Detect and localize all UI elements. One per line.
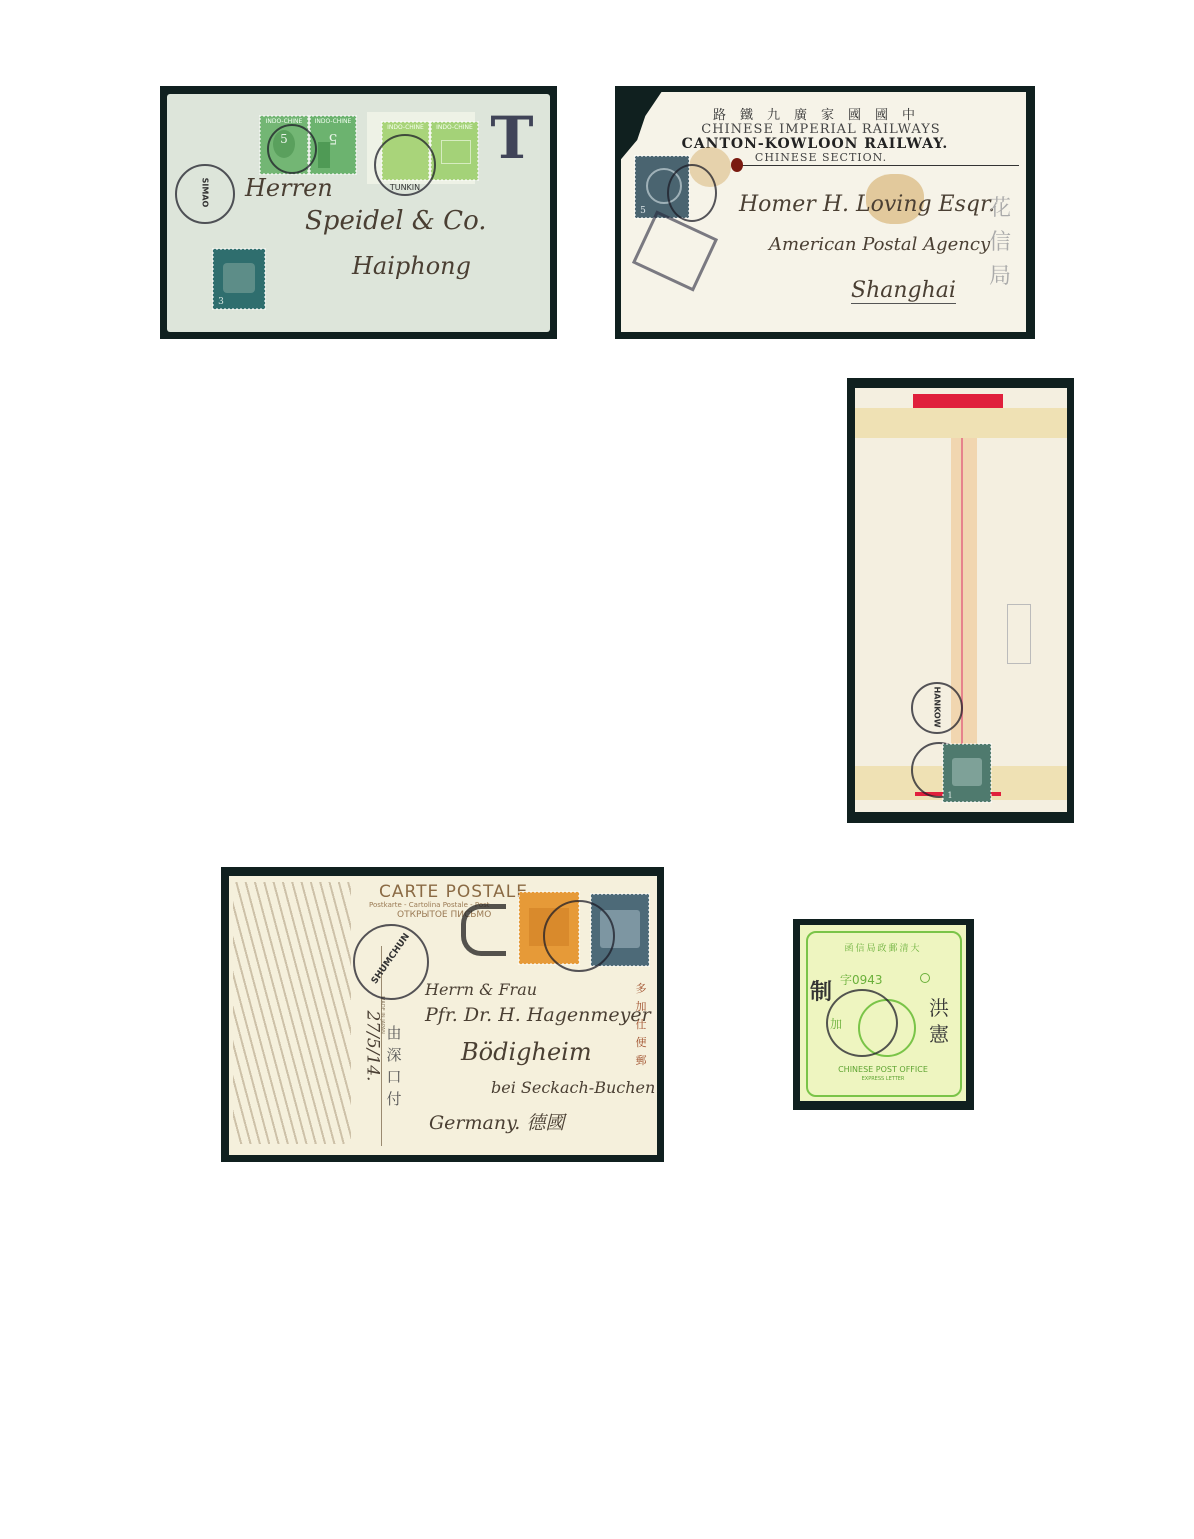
postmark-hankow: HANKOW — [911, 682, 963, 734]
postmark-stamp — [543, 900, 615, 972]
postmark — [826, 989, 898, 1057]
letterhead-rule — [741, 165, 1019, 166]
junk-vignette — [952, 758, 982, 786]
stamp-text-block — [441, 140, 471, 164]
handwritten-message — [233, 882, 351, 1144]
address-line-3: Bödigheim — [461, 1038, 592, 1066]
bottom-subtext: EXPRESS LETTER — [800, 1076, 966, 1082]
postmark-tunkin: TUNKIN — [374, 134, 436, 196]
letterhead-line1: CHINESE IMPERIAL RAILWAYS — [621, 122, 1021, 137]
top-chinese-text: 大清郵政局信函 — [800, 941, 966, 954]
stamp-figure — [318, 142, 330, 168]
junk-vignette — [223, 263, 255, 293]
address-line-1: Homer H. Loving Esqr. — [739, 192, 995, 217]
address-line-1: Herren — [245, 174, 333, 202]
overprint-left: 制 — [810, 975, 832, 1006]
tax-marking-t: T — [487, 104, 537, 172]
red-seal-label-top — [913, 394, 1003, 408]
address-line-1: Herrn & Frau — [425, 980, 537, 999]
red-line — [961, 438, 963, 778]
stamp-junk: 1 — [943, 744, 991, 802]
address-line-2: American Postal Agency — [769, 234, 990, 255]
letterhead-chinese: 中國國家廣九鐵路 — [621, 104, 1021, 123]
card-title: CARTE POSTALE — [379, 882, 528, 902]
cover-3-image: HANKOW 1 — [847, 378, 1074, 823]
stamp-junk: 3 — [213, 249, 265, 309]
date-text: 27/5/14. — [362, 1011, 382, 1082]
cover-2-image: 中國國家廣九鐵路 CHINESE IMPERIAL RAILWAYS CANTO… — [615, 86, 1035, 339]
vertical-chinese-note: 由深口付 — [385, 1022, 403, 1110]
postmark-canton — [667, 164, 717, 222]
postmark-simao: SIMAO — [175, 164, 235, 224]
cover-1-image: INDO-CHINE 5 INDO-CHINE 5 INDO-CHINE IND… — [160, 86, 557, 339]
address-line-5: Germany. 德國 — [429, 1108, 564, 1135]
chinese-chop — [1007, 604, 1031, 664]
wax-spot — [731, 158, 743, 172]
postmark-shumchun: SHUMCHUN — [353, 924, 429, 1000]
tape-top — [855, 408, 1067, 438]
overprint-right: 洪憲 — [928, 995, 950, 1047]
bottom-text: CHINESE POST OFFICE — [800, 1065, 966, 1074]
chinese-cancel — [632, 210, 718, 291]
address-line-3: Haiphong — [352, 252, 471, 280]
serial-number: 字0943 — [840, 971, 883, 988]
address-line-2: Pfr. Dr. H. Hagenmeyer — [425, 1004, 651, 1026]
side-note: 花信局 — [989, 192, 1009, 294]
cover-3-envelope-back: HANKOW 1 — [855, 388, 1067, 812]
express-stamp-image: 大清郵政局信函 字0943 制 加 洪憲 CHINESE POST OFFICE… — [793, 919, 974, 1110]
address-line-4: bei Seckach-Buchen — [491, 1078, 655, 1097]
cancel-bar — [461, 904, 506, 956]
letterhead-line2: CANTON-KOWLOON RAILWAY. — [621, 136, 1015, 152]
address-line-3: Shanghai — [851, 278, 956, 304]
express-letter-stamp: 大清郵政局信函 字0943 制 加 洪憲 CHINESE POST OFFICE… — [800, 925, 966, 1101]
stamp-indochine-4: INDO-CHINE — [431, 122, 478, 180]
tape-vertical — [951, 438, 977, 778]
cover-2-envelope: 中國國家廣九鐵路 CHINESE IMPERIAL RAILWAYS CANTO… — [621, 92, 1026, 332]
postmark-1 — [267, 124, 317, 174]
address-line-2: Speidel & Co. — [305, 206, 487, 236]
cover-1-envelope: INDO-CHINE 5 INDO-CHINE 5 INDO-CHINE IND… — [167, 94, 550, 332]
stamp-indochine-2: INDO-CHINE 5 — [310, 116, 356, 174]
serial-dot — [920, 973, 930, 983]
postcard: MADE IN JAPAN 27/5/14. CARTE POSTALE Pos… — [229, 876, 657, 1155]
postcard-image: MADE IN JAPAN 27/5/14. CARTE POSTALE Pos… — [221, 867, 664, 1162]
